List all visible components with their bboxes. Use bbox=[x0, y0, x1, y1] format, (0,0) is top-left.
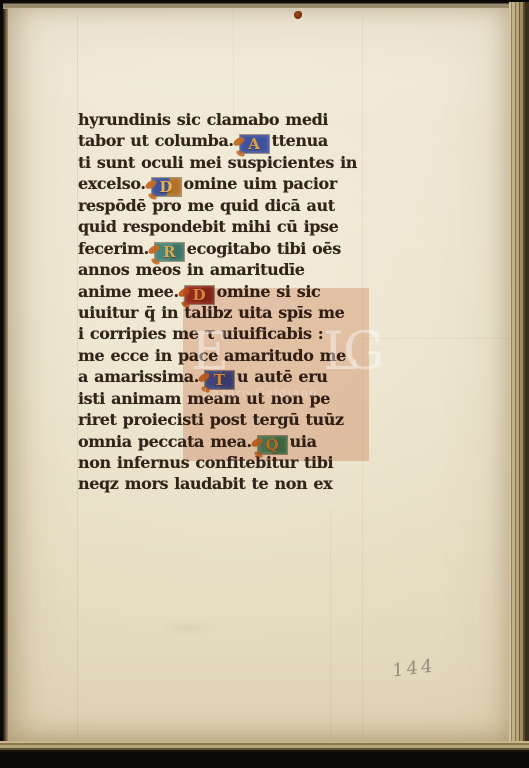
line-text: excelso. bbox=[78, 174, 146, 193]
line-text: a amarissima. bbox=[78, 367, 199, 386]
line-text: omnia peccata mea. bbox=[78, 432, 252, 451]
line-text: omine uim pacior bbox=[184, 174, 337, 193]
initial-letter: D bbox=[159, 178, 172, 196]
line-text: respōdē pro me quid dicā aut bbox=[78, 196, 335, 215]
text-line: respōdē pro me quid dicā aut bbox=[78, 195, 370, 216]
text-line: omnia peccata mea.Quia bbox=[78, 431, 370, 452]
manuscript-page: hyrundinis sic clamabo meditabor ut colu… bbox=[8, 8, 511, 744]
parchment-crease bbox=[330, 508, 331, 744]
smudge-stain bbox=[158, 620, 218, 636]
illuminated-initial: T bbox=[205, 371, 234, 389]
line-text: ti sunt oculi mei suspicientes in bbox=[78, 153, 357, 172]
text-line: fecerim.Recogitabo tibi oēs bbox=[78, 238, 370, 259]
text-line: isti animam meam ut non pe bbox=[78, 388, 370, 409]
book-fore-edge bbox=[509, 2, 529, 754]
text-line: ti sunt oculi mei suspicientes in bbox=[78, 152, 370, 173]
line-text: fecerim. bbox=[78, 239, 149, 258]
line-text: uiuitur q̄ in talibz uita spīs me bbox=[78, 303, 344, 322]
text-line: a amarissima.Tu autē eru bbox=[78, 366, 370, 387]
illuminated-initial: D bbox=[185, 286, 214, 304]
illuminated-initial: R bbox=[155, 243, 184, 261]
text-line: i corripies me τ uiuificabis : bbox=[78, 323, 370, 344]
initial-letter: A bbox=[248, 135, 260, 153]
text-line: hyrundinis sic clamabo medi bbox=[78, 109, 370, 130]
line-text: annos meos in amaritudīe bbox=[78, 260, 305, 279]
text-line: riret proiecisti post tergū tuūz bbox=[78, 409, 370, 430]
book-bottom-edge bbox=[0, 741, 529, 768]
text-line: neqz mors laudabit te non ex bbox=[78, 473, 370, 494]
initial-letter: R bbox=[163, 243, 175, 261]
text-line: anime mee.Domine si sic bbox=[78, 281, 370, 302]
line-text: non infernus confitebitur tibi bbox=[78, 453, 333, 472]
text-block: hyrundinis sic clamabo meditabor ut colu… bbox=[78, 109, 370, 495]
line-text: me ecce in pace amaritudo me bbox=[78, 346, 346, 365]
initial-letter: D bbox=[193, 286, 206, 304]
text-line: uiuitur q̄ in talibz uita spīs me bbox=[78, 302, 370, 323]
initial-flourish bbox=[197, 372, 211, 383]
photo-frame: hyrundinis sic clamabo meditabor ut colu… bbox=[0, 0, 529, 768]
line-text: neqz mors laudabit te non ex bbox=[78, 474, 332, 493]
text-line: excelso.Domine uim pacior bbox=[78, 173, 370, 194]
line-text: anime mee. bbox=[78, 282, 179, 301]
line-text: u autē eru bbox=[237, 367, 328, 386]
illuminated-initial: A bbox=[240, 135, 269, 153]
line-text: riret proiecisti post tergū tuūz bbox=[78, 410, 344, 429]
folio-number-pencil: 144 bbox=[392, 655, 435, 681]
line-text: quid respondebit mihi cū ipse bbox=[78, 217, 338, 236]
text-line: me ecce in pace amaritudo me bbox=[78, 345, 370, 366]
text-line: tabor ut columba.Attenua bbox=[78, 130, 370, 151]
line-text: ttenua bbox=[272, 131, 328, 150]
text-line: quid respondebit mihi cū ipse bbox=[78, 216, 370, 237]
illuminated-initial: D bbox=[152, 178, 181, 196]
line-text: omine si sic bbox=[217, 282, 321, 301]
line-text: hyrundinis sic clamabo medi bbox=[78, 110, 328, 129]
initial-letter: T bbox=[214, 371, 225, 389]
ink-stain bbox=[294, 11, 302, 19]
parchment-crease bbox=[364, 338, 511, 339]
text-line: annos meos in amaritudīe bbox=[78, 259, 370, 280]
line-text: ecogitabo tibi oēs bbox=[187, 239, 341, 258]
line-text: uia bbox=[290, 432, 317, 451]
line-text: i corripies me τ uiuificabis : bbox=[78, 324, 323, 343]
line-text: tabor ut columba. bbox=[78, 131, 234, 150]
text-line: non infernus confitebitur tibi bbox=[78, 452, 370, 473]
illuminated-initial: Q bbox=[258, 436, 287, 454]
initial-letter: Q bbox=[266, 436, 279, 454]
